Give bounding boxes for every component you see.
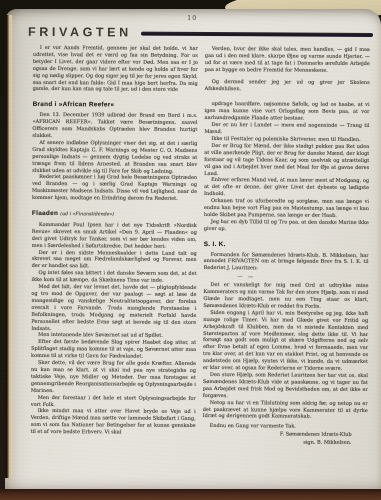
- paragraph: Formanden for Sømændenes Idræts-Klub, B.…: [204, 252, 369, 274]
- paragraph: Kommandør Poul Ipsen har i det nye Tidss…: [32, 222, 197, 251]
- paragraph: Siden engang i April har vi, min Bestyre…: [203, 310, 368, 373]
- column-right: Verden, hvor der ikke skal tales, men ha…: [202, 46, 370, 483]
- magazine-page: 10 FRIVAGTEN I er vor Aands Fremtid, gen…: [5, 9, 381, 489]
- paragraph: Der er i den sidste Menneskealder i dett…: [32, 249, 197, 271]
- paragraph: Ikke mindst maa vi atter over Havet bryd…: [31, 408, 196, 437]
- closing-line: Endnu en Gang vor varmeste Tak.: [203, 423, 368, 431]
- paragraph: Den 13. December 1939 udbrød der Brand o…: [32, 112, 197, 141]
- paragraph: Enhver erfaren Mand ved, at man lærer me…: [204, 177, 369, 199]
- article-brand-title: Brand i »African Reefer«: [33, 102, 198, 110]
- paragraph: Det er vanskeligt for mig med Ord at udt…: [203, 282, 368, 311]
- paragraph: opdrage haardføre, nøjsomme Søfolk, og l…: [204, 101, 369, 123]
- column-left: I er vor Aands Fremtid, gennem jer skal …: [30, 45, 198, 482]
- paragraph: Af senere indløbne Oplysninger viser det…: [32, 140, 197, 176]
- masthead-title: FRIVAGTEN: [28, 25, 132, 40]
- book-cover-bottom: [0, 489, 381, 500]
- text-columns: I er vor Aands Fremtid, gennem jer skal …: [30, 45, 370, 483]
- page-content: 10 FRIVAGTEN I er vor Aands Fremtid, gen…: [3, 8, 381, 490]
- signature-name: sign. B. Mikkelsen.: [203, 439, 368, 447]
- separator-dash: — —: [238, 274, 369, 282]
- paragraph: Jeg har en dyb Tillid til og Tro paa, at…: [204, 219, 369, 234]
- paragraph: Netop nu har vi en Tilslutning som aldri…: [203, 400, 368, 422]
- masthead-rule: [141, 32, 373, 37]
- paragraph: Der er nu her i Landet — mere end nogens…: [204, 122, 369, 137]
- paragraph: Der er Brug for Mænd, der ikke stadigt p…: [204, 143, 369, 179]
- article-flaaden-title-text: Flaaden: [32, 210, 58, 217]
- paragraph: Verden, hvor der ikke skal tales, men ha…: [205, 46, 370, 75]
- article-brand: Brand i »African Reefer« Den 13. Decembe…: [32, 102, 198, 203]
- paragraph: Og intet føles saa bittert i det danske …: [31, 270, 196, 285]
- paragraph: I er vor Aands Fremtid, gennem jer skal …: [33, 45, 198, 94]
- article-flaaden: Flaaden (ud i »Finanstidende«) Kommandør…: [31, 211, 197, 437]
- paragraph: Efter det første bedøvende Slag spirer H…: [31, 339, 196, 361]
- article-flaaden-continued: opdrage haardføre, nøjsomme Søfolk, og l…: [204, 101, 370, 233]
- paragraph: Orkanen traf os uforberedte og sorgløse,…: [204, 198, 369, 220]
- masthead: FRIVAGTEN: [28, 25, 373, 41]
- article-flaaden-source-note: (ud i »Finanstidende«): [60, 212, 114, 217]
- paragraph: Den store Hjælp, som Rederiet Lauritzen …: [203, 372, 368, 401]
- paragraph: Rederiet paaskønner i høj Grad hele Besæ…: [32, 174, 197, 203]
- paragraph: Med det lidt, der var levnet det, havde …: [31, 284, 196, 333]
- paragraph: Sker dette, vil der være Brug for alle g…: [31, 360, 196, 396]
- paragraph: Og dermed sender jeg jer ud og giver jer…: [205, 79, 370, 94]
- article-sik: S. I. K. Formanden for Sømændenes Idræts…: [203, 242, 369, 447]
- article-flaaden-title: Flaaden (ud i »Finanstidende«): [32, 211, 197, 220]
- signature-organization: F. Sømændenes Idræts-Klub: [203, 431, 368, 439]
- book-photo: 10 FRIVAGTEN I er vor Aands Fremtid, gen…: [0, 0, 381, 500]
- article-sik-title: S. I. K.: [204, 242, 369, 250]
- page-number: 10: [187, 14, 197, 22]
